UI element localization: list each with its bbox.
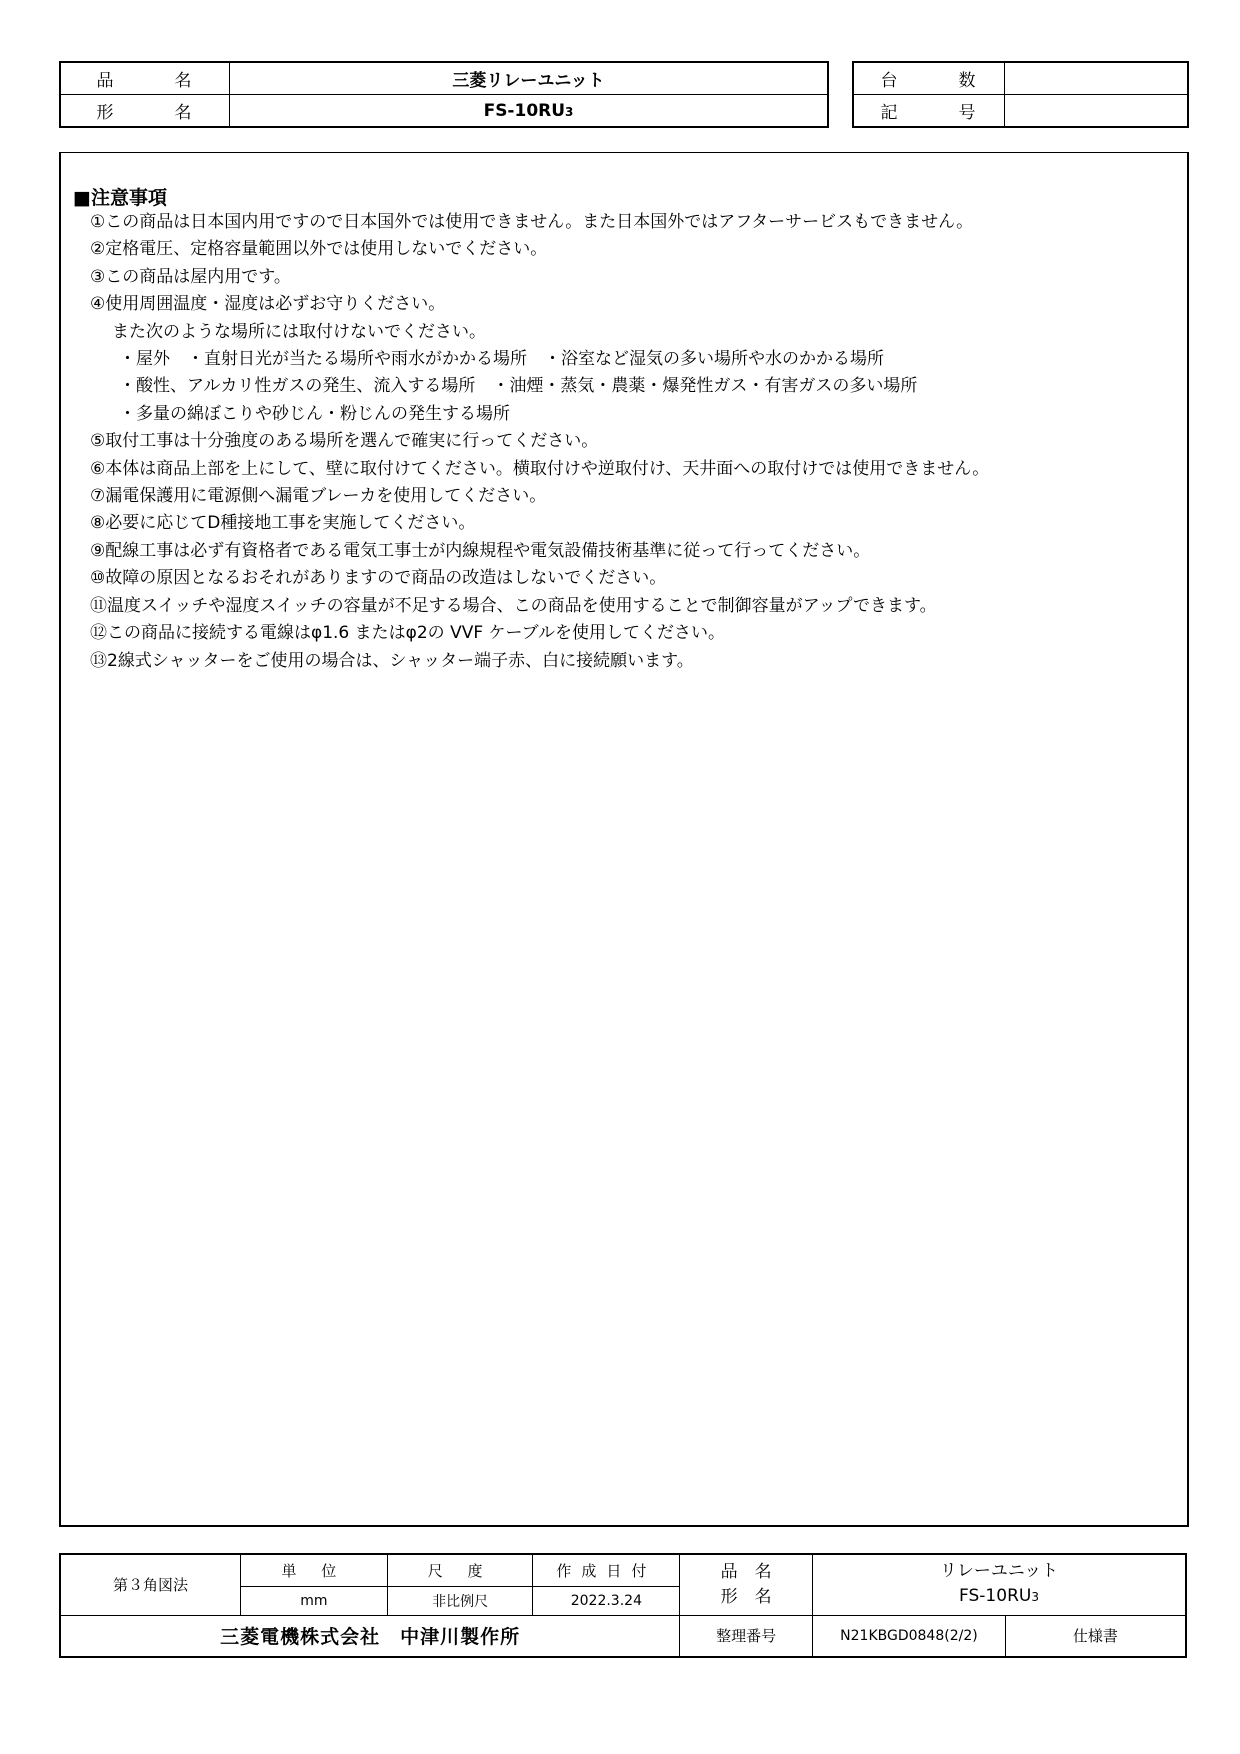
company-name: 三菱電機株式会社 中津川製作所 — [60, 1615, 680, 1657]
footer-model-main: FS-10RU — [959, 1586, 1031, 1606]
ref-number: N21KBGD0848(2/2) — [813, 1615, 1006, 1657]
note-item: ①この商品は日本国内用ですので日本国外では使用できません。また日本国外ではアフタ… — [90, 209, 989, 236]
note-item: ④使用周囲温度・湿度は必ずお守りください。 — [90, 291, 989, 318]
unit-label: 単 位 — [241, 1554, 388, 1587]
note-item: ⑫この商品に接続する電線はφ1.6 またはφ2の VVF ケーブルを使用してくだ… — [90, 620, 989, 647]
note-item: ③この商品は屋内用です。 — [90, 264, 989, 291]
product-name-value: 三菱リレーユニット — [230, 62, 829, 95]
name-model-values: リレーユニット FS-10RU3 — [813, 1554, 1187, 1615]
note-item: ⑥本体は商品上部を上にして、壁に取付けてください。横取付けや逆取付け、天井面への… — [90, 456, 989, 483]
note-bullet: ・多量の綿ぼこりや砂じん・粉じんの発生する場所 — [90, 401, 989, 428]
note-item: ⑦漏電保護用に電源側へ漏電ブレーカを使用してください。 — [90, 483, 989, 510]
model-label: 形 名 — [680, 1585, 812, 1610]
note-item: ⑩故障の原因となるおそれがありますので商品の改造はしないでください。 — [90, 565, 989, 592]
note-item: ⑤取付工事は十分強度のある場所を選んで確実に行ってください。 — [90, 428, 989, 455]
doc-type: 仕様書 — [1005, 1615, 1186, 1657]
model-main: FS-10RU — [484, 101, 565, 121]
symbol-label: 記 号 — [853, 95, 1005, 128]
note-item: ⑧必要に応じてD種接地工事を実施してください。 — [90, 510, 989, 537]
model-value: FS-10RU3 — [230, 95, 829, 128]
model-suffix: 3 — [565, 105, 573, 119]
scale-value: 非比例尺 — [387, 1587, 533, 1616]
name-model-labels: 品 名 形 名 — [680, 1554, 813, 1615]
product-name-label: 品 名 — [60, 62, 230, 95]
note-item: ②定格電圧、定格容量範囲以外では使用しないでください。 — [90, 236, 989, 263]
projection-method: 第３角図法 — [60, 1554, 241, 1615]
date-label: 作成日付 — [533, 1554, 680, 1587]
note-item: ⑨配線工事は必ず有資格者である電気工事士が内線規程や電気設備技術基準に従って行っ… — [90, 538, 989, 565]
footer-model: FS-10RU3 — [813, 1584, 1185, 1610]
date-value: 2022.3.24 — [533, 1587, 680, 1616]
footer-model-suffix: 3 — [1031, 1590, 1039, 1604]
note-item: ⑪温度スイッチや湿度スイッチの容量が不足する場合、この商品を使用することで制御容… — [90, 593, 989, 620]
quantity-value — [1005, 62, 1189, 95]
header-product-table: 品 名 三菱リレーユニット 形 名 FS-10RU3 — [59, 61, 829, 128]
scale-label: 尺 度 — [387, 1554, 533, 1587]
notes-title: ■注意事項 — [73, 183, 167, 210]
title-block: 第３角図法 単 位 尺 度 作成日付 品 名 形 名 リレーユニット FS-10… — [59, 1553, 1187, 1658]
symbol-value — [1005, 95, 1189, 128]
header-quantity-table: 台 数 記 号 — [852, 61, 1189, 128]
notes-list: ①この商品は日本国内用ですので日本国外では使用できません。また日本国外ではアフタ… — [90, 209, 989, 675]
note-subline: また次のような場所には取付けないでください。 — [90, 319, 989, 346]
footer-product-name: リレーユニット — [813, 1559, 1185, 1584]
note-bullet: ・屋外 ・直射日光が当たる場所や雨水がかかる場所 ・浴室など湿気の多い場所や水の… — [90, 346, 989, 373]
unit-value: mm — [241, 1587, 388, 1616]
quantity-label: 台 数 — [853, 62, 1005, 95]
notes-section: ■注意事項 ①この商品は日本国内用ですので日本国外では使用できません。また日本国… — [59, 152, 1189, 1527]
note-bullet: ・酸性、アルカリ性ガスの発生、流入する場所 ・油煙・蒸気・農薬・爆発性ガス・有害… — [90, 373, 989, 400]
model-label: 形 名 — [60, 95, 230, 128]
name-label: 品 名 — [680, 1560, 812, 1585]
note-item: ⑬2線式シャッターをご使用の場合は、シャッター端子赤、白に接続願います。 — [90, 648, 989, 675]
ref-label: 整理番号 — [680, 1615, 813, 1657]
